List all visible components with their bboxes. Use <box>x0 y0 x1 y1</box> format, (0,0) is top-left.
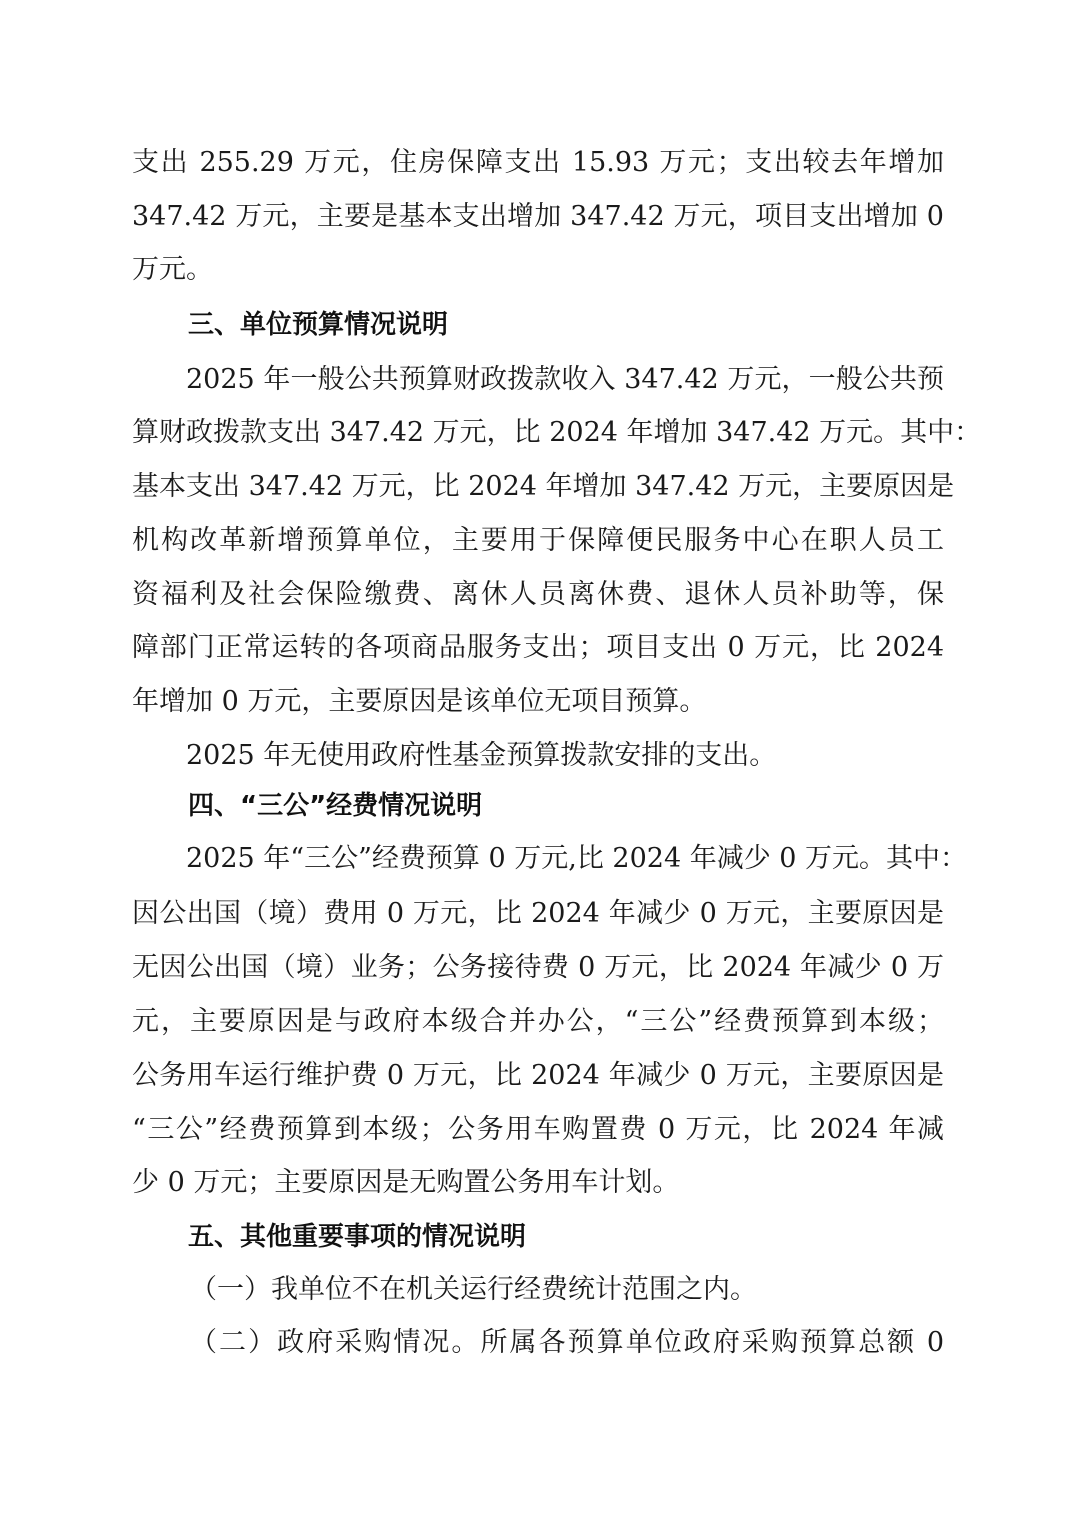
list-item: （一）我单位不在机关运行经费统计范围之内。 <box>190 1270 944 1310</box>
section-heading-3: 三、单位预算情况说明 <box>188 305 448 345</box>
paragraph-line: “三公”经费预算到本级；公务用车购置费 0 万元，比 2024 年减 <box>132 1110 944 1150</box>
list-item: （二）政府采购情况。所属各预算单位政府采购预算总额 0 <box>190 1323 944 1363</box>
paragraph-line: 2025 年无使用政府性基金预算拨款安排的支出。 <box>186 736 944 776</box>
section-heading-4: 四、“三公”经费情况说明 <box>188 786 482 826</box>
paragraph-line: 因公出国（境）费用 0 万元，比 2024 年减少 0 万元，主要原因是 <box>132 894 944 934</box>
paragraph-line: 2025 年一般公共预算财政拨款收入 347.42 万元，一般公共预 <box>186 360 944 400</box>
paragraph-line: 2025 年“三公”经费预算 0 万元,比 2024 年减少 0 万元。其中： <box>186 839 944 879</box>
section-heading-5: 五、其他重要事项的情况说明 <box>188 1217 526 1257</box>
paragraph-line: 支出 255.29 万元，住房保障支出 15.93 万元；支出较去年增加 <box>132 143 944 183</box>
paragraph-line: 无因公出国（境）业务；公务接待费 0 万元，比 2024 年减少 0 万 <box>132 948 944 988</box>
paragraph-line: 万元。 <box>132 250 944 290</box>
paragraph-line: 年增加 0 万元，主要原因是该单位无项目预算。 <box>132 682 944 722</box>
paragraph-line: 基本支出 347.42 万元，比 2024 年增加 347.42 万元，主要原因… <box>132 467 944 507</box>
paragraph-line: 少 0 万元；主要原因是无购置公务用车计划。 <box>132 1163 944 1203</box>
paragraph-line: 算财政拨款支出 347.42 万元，比 2024 年增加 347.42 万元。其… <box>132 413 944 453</box>
paragraph-line: 障部门正常运转的各项商品服务支出；项目支出 0 万元，比 2024 <box>132 628 944 668</box>
paragraph-line: 347.42 万元，主要是基本支出增加 347.42 万元，项目支出增加 0 <box>132 197 944 237</box>
document-page: 支出 255.29 万元，住房保障支出 15.93 万元；支出较去年增加 347… <box>0 0 1074 1520</box>
paragraph-line: 机构改革新增预算单位，主要用于保障便民服务中心在职人员工 <box>132 521 944 561</box>
paragraph-line: 公务用车运行维护费 0 万元，比 2024 年减少 0 万元，主要原因是 <box>132 1056 944 1096</box>
paragraph-line: 资福利及社会保险缴费、离休人员离休费、退休人员补助等，保 <box>132 575 944 615</box>
paragraph-line: 元，主要原因是与政府本级合并办公，“三公”经费预算到本级； <box>132 1002 944 1042</box>
